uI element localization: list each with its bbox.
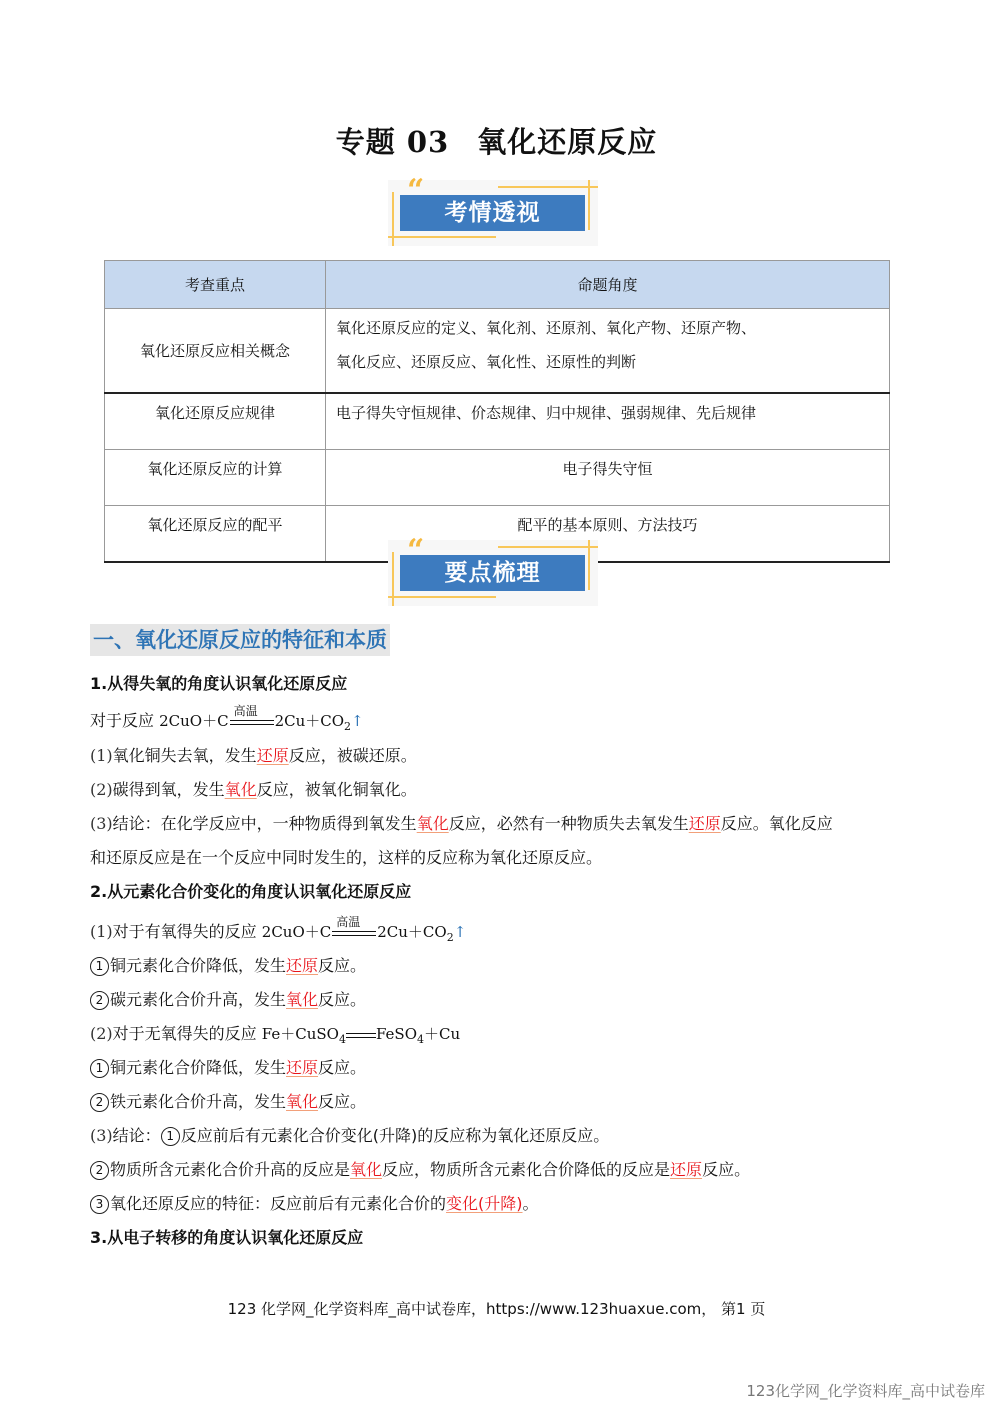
angle-cell: 氧化还原反应的定义、氧化剂、还原剂、氧化产物、还原产物、 氧化反应、还原反应、氧… xyxy=(326,309,890,394)
answer-highlight: 氧化 xyxy=(225,780,257,799)
circled-number: 3 xyxy=(90,1195,109,1214)
answer-highlight: 氧化 xyxy=(286,990,318,1009)
circled-number: 1 xyxy=(161,1127,180,1146)
angle-cell: 电子得失守恒规律、价态规律、归中规律、强弱规律、先后规律 xyxy=(326,393,890,450)
page-title: 专题 03氧化还原反应 xyxy=(0,120,993,161)
circled-number: 2 xyxy=(90,1161,109,1180)
header-focus: 考查重点 xyxy=(105,261,326,309)
answer-highlight: 还原 xyxy=(286,956,318,975)
condition-equals: 高温 xyxy=(230,715,274,729)
subsection-title: 1.从得失氧的角度认识氧化还原反应 xyxy=(90,672,347,696)
title-main: 氧化还原反应 xyxy=(477,125,657,159)
answer-highlight: 还原 xyxy=(689,814,721,833)
condition-equals: 高温 xyxy=(332,926,376,940)
paragraph: 和还原反应是在一个反应中同时发生的，这样的反应称为氧化还原反应。 xyxy=(90,846,602,870)
gas-arrow-icon: ↑ xyxy=(454,923,467,941)
paragraph: (3)结论：1反应前后有元素化合价变化(升降)的反应称为氧化还原反应。 xyxy=(90,1124,609,1148)
title-prefix: 专题 xyxy=(336,125,396,159)
paragraph: 3氧化还原反应的特征：反应前后有元素化合价的变化(升降)。 xyxy=(90,1192,539,1216)
section-heading: 一、氧化还原反应的特征和本质 xyxy=(90,624,390,656)
equals-sign xyxy=(346,1030,376,1040)
gas-arrow-icon: ↑ xyxy=(351,712,364,730)
equation-line: (2)对于无氧得失的反应 Fe＋CuSO4FeSO4＋Cu xyxy=(90,1022,460,1052)
banner-label: 要点梳理 xyxy=(400,555,585,591)
answer-highlight: 还原 xyxy=(286,1058,318,1077)
answer-highlight: 变化(升降) xyxy=(446,1194,523,1213)
paragraph: 2物质所含元素化合价升高的反应是氧化反应，物质所含元素化合价降低的反应是还原反应… xyxy=(90,1158,750,1182)
answer-highlight: 氧化 xyxy=(350,1160,382,1179)
answer-highlight: 氧化 xyxy=(286,1092,318,1111)
circled-number: 1 xyxy=(90,1059,109,1078)
answer-highlight: 还原 xyxy=(670,1160,702,1179)
subsection-title: 2.从元素化合价变化的角度认识氧化还原反应 xyxy=(90,880,411,904)
circled-number: 2 xyxy=(90,1093,109,1112)
equation-line: (1)对于有氧得失的反应 2CuO＋C高温2Cu＋CO2↑ xyxy=(90,920,466,950)
focus-cell: 氧化还原反应相关概念 xyxy=(105,309,326,394)
paragraph: 1铜元素化合价降低，发生还原反应。 xyxy=(90,1056,366,1080)
header-angle: 命题角度 xyxy=(326,261,890,309)
watermark: 123化学网_化学资料库_高中试卷库 xyxy=(746,1380,985,1401)
answer-highlight: 氧化 xyxy=(417,814,449,833)
focus-cell: 氧化还原反应的计算 xyxy=(105,450,326,506)
banner-key-points: “ 要点梳理 xyxy=(388,540,598,606)
paragraph: 2碳元素化合价升高，发生氧化反应。 xyxy=(90,988,366,1012)
circled-number: 2 xyxy=(90,991,109,1010)
paragraph: 1铜元素化合价降低，发生还原反应。 xyxy=(90,954,366,978)
equation-line: 对于反应 2CuO＋C高温2Cu＋CO2↑ xyxy=(90,709,364,739)
banner-label: 考情透视 xyxy=(400,195,585,231)
paragraph: (3)结论：在化学反应中，一种物质得到氧发生氧化反应，必然有一种物质失去氧发生还… xyxy=(90,812,833,836)
circled-number: 1 xyxy=(90,957,109,976)
banner-exam-overview: “ 考情透视 xyxy=(388,180,598,246)
answer-highlight: 还原 xyxy=(257,746,289,765)
focus-cell: 氧化还原反应规律 xyxy=(105,393,326,450)
paragraph: (2)碳得到氧，发生氧化反应，被氧化铜氧化。 xyxy=(90,778,417,802)
subsection-title: 3.从电子转移的角度认识氧化还原反应 xyxy=(90,1226,363,1250)
focus-cell: 氧化还原反应的配平 xyxy=(105,506,326,563)
title-number: 03 xyxy=(407,125,449,159)
page-footer: 123 化学网_化学资料库_高中试卷库，https://www.123huaxu… xyxy=(0,1298,993,1319)
angle-cell: 电子得失守恒 xyxy=(326,450,890,506)
paragraph: (1)氧化铜失去氧，发生还原反应，被碳还原。 xyxy=(90,744,417,768)
paragraph: 2铁元素化合价升高，发生氧化反应。 xyxy=(90,1090,366,1114)
exam-focus-table: 考查重点 命题角度 氧化还原反应相关概念 氧化还原反应的定义、氧化剂、还原剂、氧… xyxy=(104,260,890,563)
